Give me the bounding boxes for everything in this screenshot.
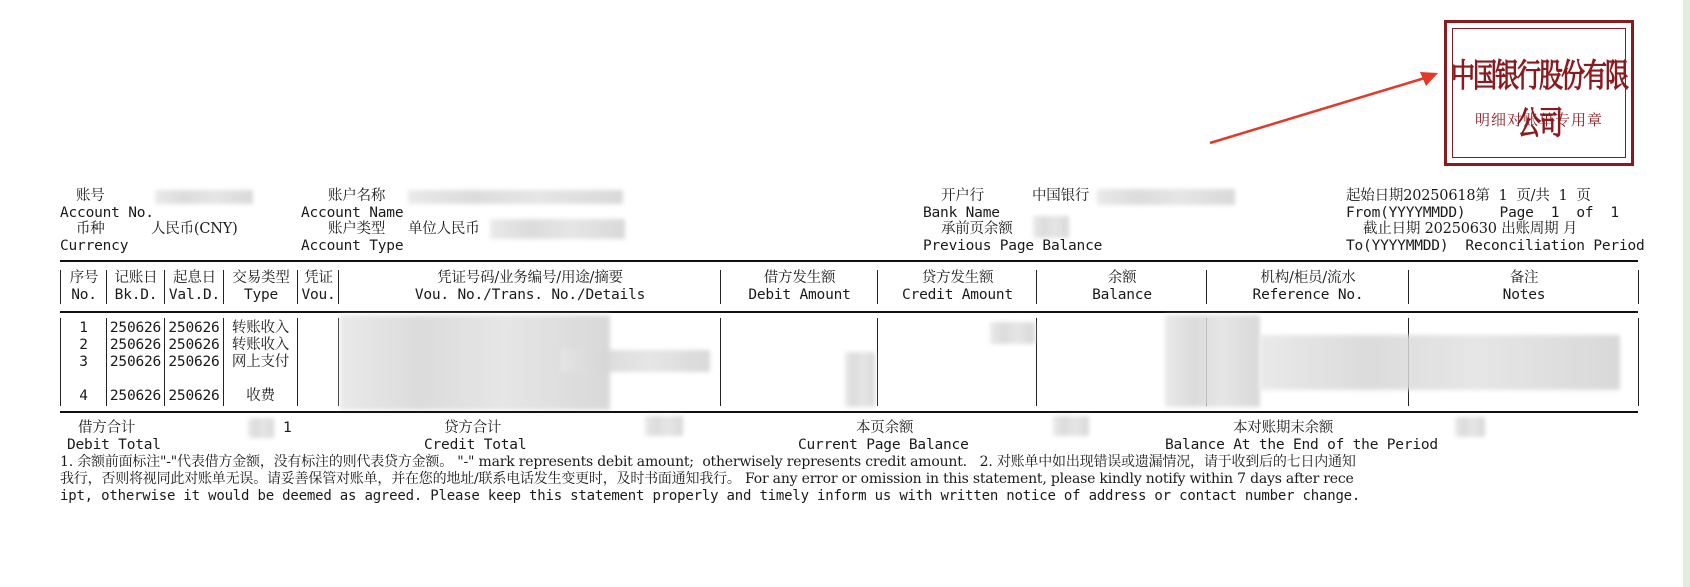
column-header-cn: 备注 bbox=[1411, 270, 1637, 286]
column-header-cn: 凭证 bbox=[300, 270, 337, 286]
from-label-cn: 起始日期 bbox=[1346, 188, 1403, 204]
bank-name-value: 中国银行 bbox=[1032, 188, 1089, 204]
current-balance-label-cn: 本页余额 bbox=[856, 420, 913, 436]
column-divider bbox=[338, 318, 339, 406]
column-divider bbox=[338, 270, 339, 304]
column-header-en: Reference No. bbox=[1209, 287, 1407, 303]
cell-no: 4 bbox=[62, 388, 105, 404]
from-label-en: From(YYYYMMDD) bbox=[1346, 205, 1465, 221]
page-en: Page 1 of 1 bbox=[1500, 205, 1619, 221]
bank-name-redacted bbox=[1097, 189, 1235, 205]
cell-val: 250626 bbox=[166, 320, 222, 336]
from-date: 起始日期20250618第 1 页/共 1 页 bbox=[1346, 188, 1591, 204]
debit-total-label-en: Debit Total bbox=[67, 437, 161, 453]
account-name-label-en: Account Name bbox=[301, 205, 403, 221]
column-header-en: Vou. No./Trans. No./Details bbox=[341, 287, 719, 303]
column-header-en: Balance bbox=[1039, 287, 1205, 303]
column-divider bbox=[223, 318, 224, 406]
column-divider bbox=[877, 318, 878, 406]
reference-redacted bbox=[1260, 335, 1620, 390]
table-header-rule bbox=[60, 311, 1638, 313]
column-divider bbox=[720, 318, 721, 406]
balance-redacted bbox=[1165, 315, 1260, 407]
to-label-cn: 截止日期 bbox=[1363, 221, 1420, 237]
cell-no: 2 bbox=[62, 337, 105, 353]
column-header-en: Vou. bbox=[300, 287, 337, 303]
column-divider bbox=[106, 318, 107, 406]
column-divider bbox=[297, 270, 298, 304]
previous-balance-label-en: Previous Page Balance bbox=[923, 238, 1102, 254]
from-value: 20250618 bbox=[1403, 188, 1475, 204]
debit-total-redacted bbox=[248, 418, 274, 438]
account-type-redacted bbox=[490, 219, 625, 239]
previous-balance-label-cn: 承前页余额 bbox=[941, 221, 1013, 237]
end-balance-label-en: Balance At the End of the Period bbox=[1165, 437, 1438, 453]
current-balance-value bbox=[1053, 416, 1089, 436]
to-label-en-line: To(YYYYMMDD) Reconciliation Period bbox=[1346, 238, 1645, 254]
cell-bk: 250626 bbox=[108, 388, 163, 404]
previous-balance-value bbox=[1033, 216, 1069, 238]
cell-val: 250626 bbox=[166, 337, 222, 353]
cell-val: 250626 bbox=[166, 388, 222, 404]
cell-type: 网上支付 bbox=[225, 354, 296, 370]
period-cn: 出账周期 月 bbox=[1501, 221, 1577, 237]
current-balance-label-en: Current Page Balance bbox=[798, 437, 969, 453]
column-header-en: Credit Amount bbox=[880, 287, 1035, 303]
notes-line-1: 1. 余额前面标注"-"代表借方金额，没有标注的则代表贷方金额。 "-" mar… bbox=[60, 454, 1356, 470]
to-label-en: To(YYYYMMDD) bbox=[1346, 238, 1448, 254]
column-divider bbox=[877, 270, 878, 304]
column-header-cn: 凭证号码/业务编号/用途/摘要 bbox=[341, 270, 719, 286]
column-header-cn: 借方发生额 bbox=[723, 270, 876, 286]
currency-value: 人民币(CNY) bbox=[151, 221, 238, 237]
currency-label-cn: 币种 bbox=[76, 221, 105, 237]
cell-type: 转账收入 bbox=[225, 320, 296, 336]
end-balance-label-cn: 本对账期末余额 bbox=[1233, 420, 1333, 436]
table-top-rule bbox=[60, 260, 1638, 262]
account-name-value bbox=[408, 190, 623, 204]
cell-type: 转账收入 bbox=[225, 337, 296, 353]
column-header-en: Type bbox=[226, 287, 296, 303]
column-divider bbox=[60, 318, 61, 406]
cell-val: 250626 bbox=[166, 354, 222, 370]
bank-seal-stamp: 中国银行股份有限公司 明细对账单专用章 bbox=[1444, 20, 1634, 166]
column-divider bbox=[60, 270, 61, 304]
column-divider bbox=[1036, 270, 1037, 304]
details-redacted-2 bbox=[560, 350, 710, 372]
column-header-en: Bk.D. bbox=[109, 287, 163, 303]
end-balance-value bbox=[1455, 417, 1485, 437]
credit-redacted bbox=[990, 322, 1035, 344]
bank-name-label-en: Bank Name bbox=[923, 205, 1000, 221]
credit-total-value bbox=[645, 416, 683, 436]
to-value: 20250630 bbox=[1425, 221, 1497, 237]
credit-total-label-cn: 贷方合计 bbox=[444, 420, 501, 436]
account-type-label-en: Account Type bbox=[301, 238, 403, 254]
statement-page: 中国银行股份有限公司 明细对账单专用章 账号 Account No. 币种 人民… bbox=[0, 0, 1683, 587]
cell-no: 1 bbox=[62, 320, 105, 336]
cell-bk: 250626 bbox=[108, 354, 163, 370]
account-no-label-en: Account No. bbox=[60, 205, 154, 221]
account-type-label-cn: 账户类型 bbox=[328, 221, 385, 237]
column-header-cn: 机构/柜员/流水 bbox=[1209, 270, 1407, 286]
arrow-icon bbox=[1200, 60, 1450, 150]
debit-total-value: 1 bbox=[283, 420, 292, 436]
debit-redacted bbox=[845, 352, 875, 407]
account-type-value: 单位人民币 bbox=[408, 221, 480, 237]
cell-type: 收费 bbox=[225, 388, 296, 404]
column-divider bbox=[164, 270, 165, 304]
column-divider bbox=[1638, 270, 1639, 304]
to-date: 截止日期 20250630 出账周期 月 bbox=[1363, 221, 1577, 237]
column-header-cn: 记账日 bbox=[109, 270, 163, 286]
account-no-label-cn: 账号 bbox=[76, 188, 105, 204]
debit-total-label-cn: 借方合计 bbox=[78, 420, 135, 436]
column-header-cn: 交易类型 bbox=[226, 270, 296, 286]
column-header-cn: 序号 bbox=[63, 270, 105, 286]
column-header-en: No. bbox=[63, 287, 105, 303]
column-divider bbox=[106, 270, 107, 304]
cell-bk: 250626 bbox=[108, 320, 163, 336]
column-header-cn: 贷方发生额 bbox=[880, 270, 1035, 286]
column-divider bbox=[720, 270, 721, 304]
table-bottom-rule bbox=[60, 411, 1638, 413]
stamp-subtitle: 明细对账单专用章 bbox=[1447, 109, 1631, 130]
cell-bk: 250626 bbox=[108, 337, 163, 353]
column-divider bbox=[164, 318, 165, 406]
column-divider bbox=[297, 318, 298, 406]
column-divider bbox=[1638, 318, 1639, 406]
cell-no: 3 bbox=[62, 354, 105, 370]
column-header-cn: 起息日 bbox=[167, 270, 222, 286]
credit-total-label-en: Credit Total bbox=[424, 437, 526, 453]
page-cn: 第 1 页/共 1 页 bbox=[1475, 188, 1590, 204]
column-divider bbox=[1408, 270, 1409, 304]
column-divider bbox=[1206, 270, 1207, 304]
column-header-en: Notes bbox=[1411, 287, 1637, 303]
column-header-en: Val.D. bbox=[167, 287, 222, 303]
period-en: Reconciliation Period bbox=[1465, 238, 1644, 254]
from-label-en-line: From(YYYYMMDD) Page 1 of 1 bbox=[1346, 205, 1619, 221]
column-divider bbox=[223, 270, 224, 304]
notes-line-2: 我行，否则将视同此对账单无误。请妥善保管对账单，并在您的地址/联系电话发生变更时… bbox=[60, 471, 1354, 487]
column-divider bbox=[1036, 318, 1037, 406]
column-header-en: Debit Amount bbox=[723, 287, 876, 303]
account-no-value bbox=[155, 190, 253, 204]
notes-line-3: ipt, otherwise it would be deemed as agr… bbox=[60, 488, 1360, 504]
currency-label-en: Currency bbox=[60, 238, 128, 254]
bank-name-label-cn: 开户行 bbox=[941, 188, 984, 204]
account-name-label-cn: 账户名称 bbox=[328, 188, 385, 204]
column-header-cn: 余额 bbox=[1039, 270, 1205, 286]
